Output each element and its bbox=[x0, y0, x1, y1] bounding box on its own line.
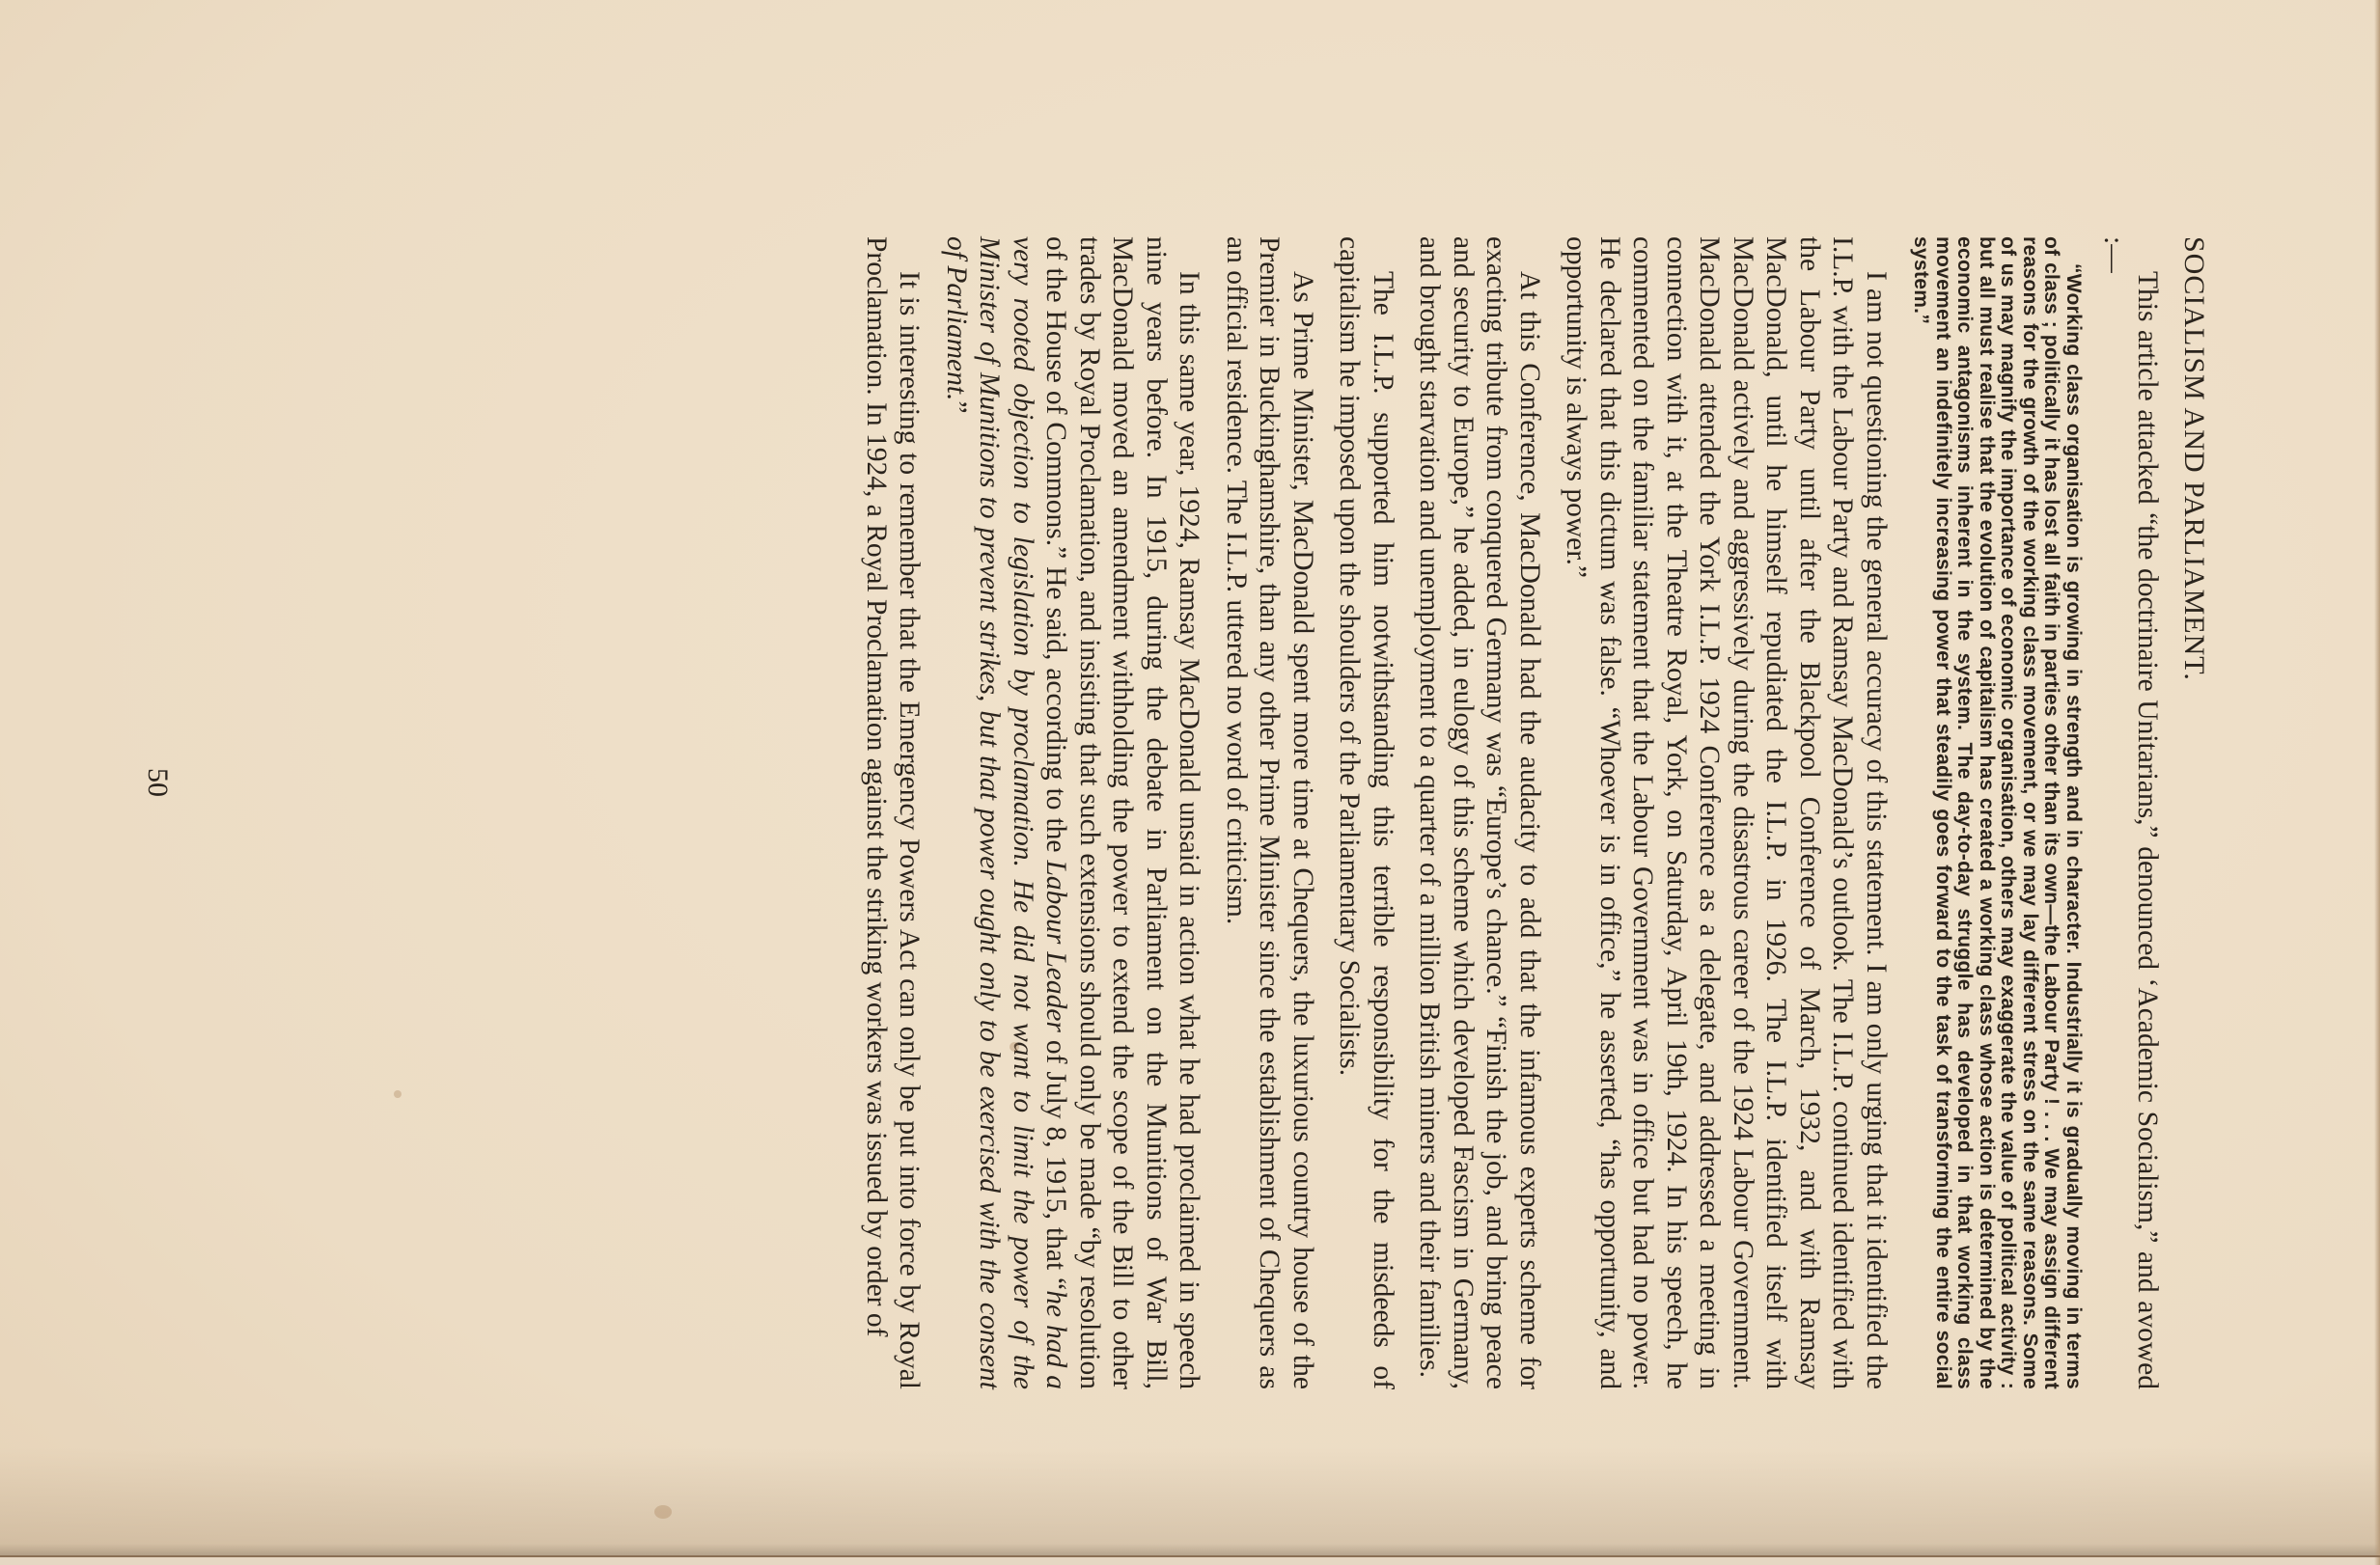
paragraph-text: ” bbox=[941, 400, 972, 413]
paragraph-text: As Prime Minister, MacDonald spent more … bbox=[1221, 236, 1318, 1389]
paragraph-text: It is interesting to remember that the E… bbox=[861, 236, 926, 1389]
chapter-title: SOCIALISM AND PARLIAMENT. bbox=[2177, 236, 2210, 1389]
paragraph-text: The I.L.P. supported him notwithstanding… bbox=[1335, 236, 1399, 1389]
paragraph-text: I am not questioning the general accurac… bbox=[1562, 236, 1893, 1389]
paragraph-ilp-support: The I.L.P. supported him notwithstanding… bbox=[1333, 236, 1399, 1389]
paper-stain bbox=[1010, 1042, 1019, 1052]
paper-stain bbox=[654, 1505, 672, 1519]
page-number: 50 bbox=[141, 0, 174, 1565]
paper-stain bbox=[394, 1090, 401, 1098]
text-block: SOCIALISM AND PARLIAMENT. This article a… bbox=[846, 236, 2211, 1389]
paragraph-intro: This article attacked “the doctrinaire U… bbox=[2097, 236, 2164, 1389]
italic-publication-title: Labour Leader bbox=[1041, 860, 1072, 1031]
rotated-book-page: SOCIALISM AND PARLIAMENT. This article a… bbox=[0, 0, 2380, 1565]
paragraph-conference: At this Conference, MacDonald had the au… bbox=[1413, 236, 1546, 1389]
paragraph-text: This article attacked “the doctrinaire U… bbox=[2099, 236, 2164, 1389]
paragraph-ilp-identification: I am not questioning the general accurac… bbox=[1560, 236, 1893, 1389]
quote-text: “Working class organisation is growing i… bbox=[1911, 236, 2086, 1389]
paragraph-text: of July 8, 1915, that “ bbox=[1041, 1032, 1072, 1290]
paragraph-text: At this Conference, MacDonald had the au… bbox=[1415, 236, 1546, 1389]
paragraph-chequers: As Prime Minister, MacDonald spent more … bbox=[1220, 236, 1320, 1389]
paragraph-munitions: In this same year, 1924, Ramsay MacDonal… bbox=[940, 236, 1206, 1389]
block-quote: “Working class organisation is growing i… bbox=[1910, 236, 2084, 1389]
paragraph-emergency-powers: It is interesting to remember that the E… bbox=[860, 236, 927, 1389]
